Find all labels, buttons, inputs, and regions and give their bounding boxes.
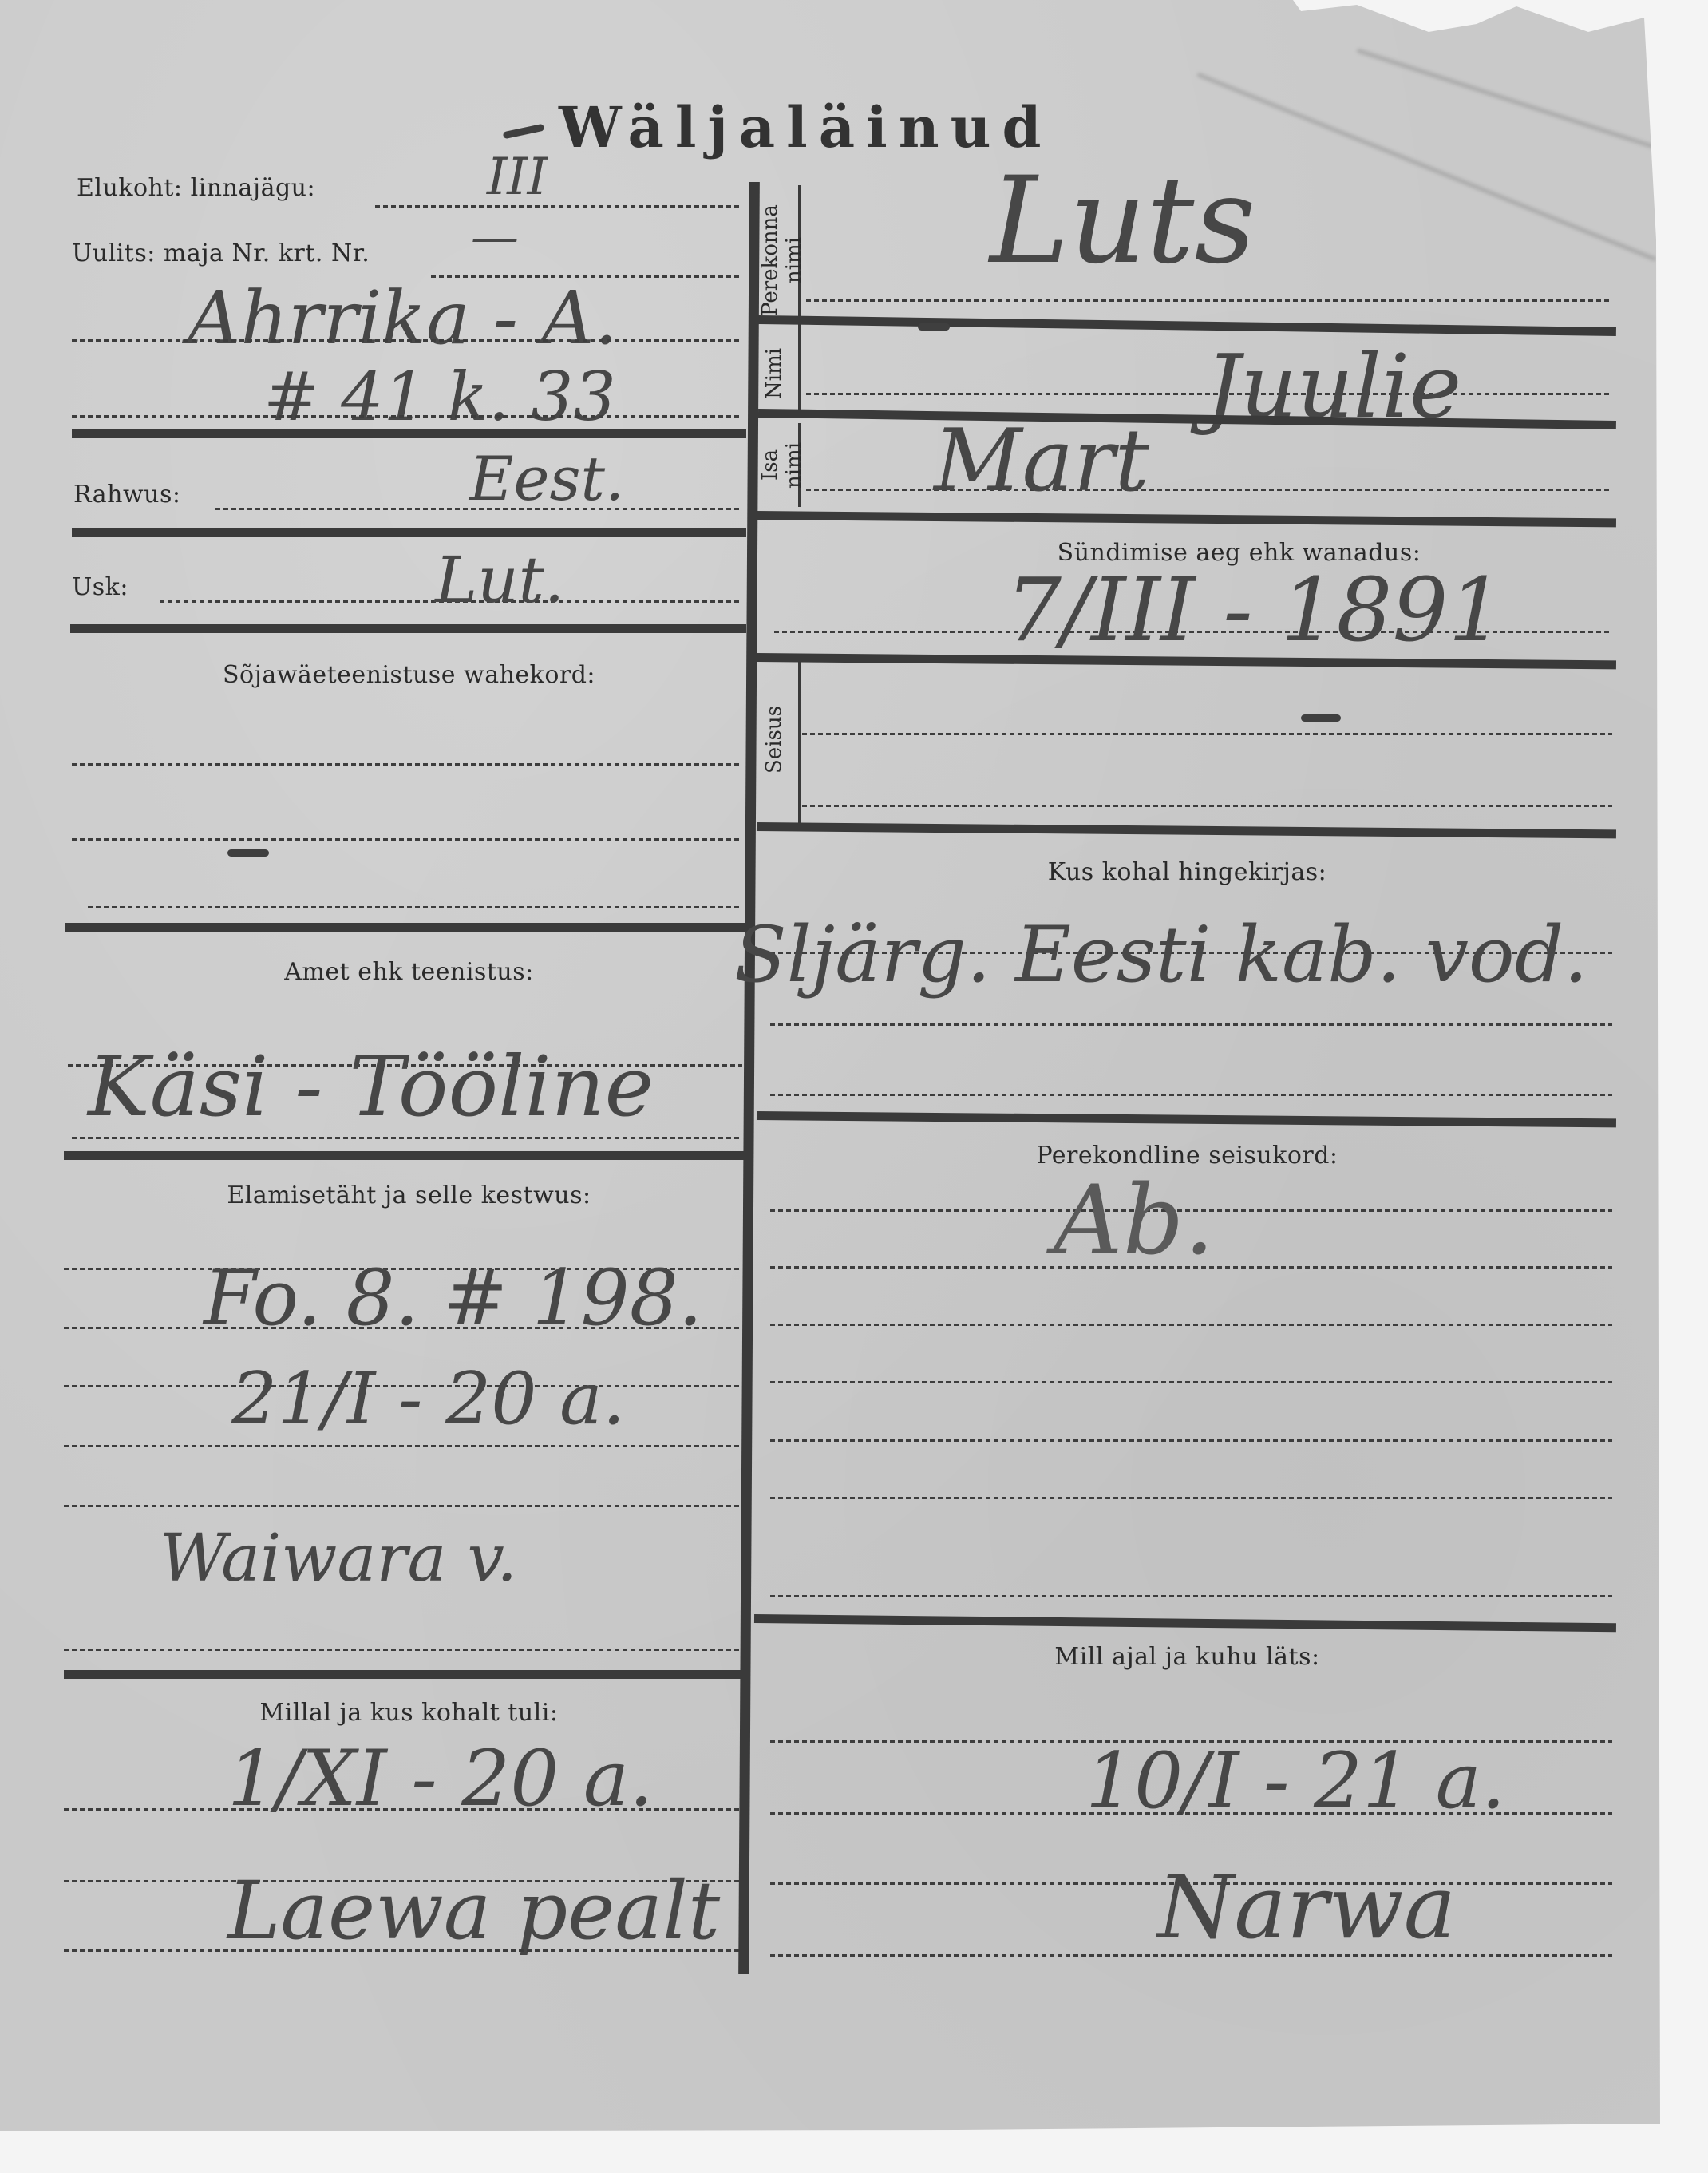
elamisetaht-line-6: [64, 1649, 742, 1651]
sojavae-value-dash: [227, 849, 269, 857]
seisus-label: Seisus: [762, 656, 802, 824]
seisus-value-dash: [1301, 714, 1341, 722]
rahwus-label: Rahwus:: [73, 481, 181, 509]
perekonnanimi-line: [806, 299, 1612, 302]
isanimi-line: [806, 489, 1612, 491]
millal-tuli-place-value: Laewa pealt: [227, 1864, 720, 1957]
sojavae-line-1: [72, 763, 742, 766]
sundimise-value: 7/III - 1891: [1006, 559, 1504, 661]
seisus-line-1: [802, 733, 1612, 735]
uulits-line-2: [72, 339, 742, 342]
paper-crease: [1196, 72, 1657, 262]
perekondline-line-7: [770, 1595, 1612, 1597]
perekondline-line-4: [770, 1381, 1612, 1383]
usk-value: Lut.: [435, 543, 564, 617]
form-title: Wäljaläinud: [559, 94, 1052, 160]
rule: [758, 409, 1616, 429]
isanimi-value: Mart: [934, 411, 1149, 511]
millal-lats-line-4: [770, 1954, 1612, 1957]
amet-label: Amet ehk teenistus:: [72, 958, 746, 986]
perekondline-line-5: [770, 1439, 1612, 1442]
millal-lats-line-2: [770, 1812, 1612, 1815]
rule: [72, 429, 746, 438]
sojavae-label: Sõjawäeteenistuse wahekord:: [72, 661, 746, 689]
hingekirjas-line-2: [770, 1023, 1612, 1026]
elamisetaht-number-value: Fo. 8. # 198.: [204, 1253, 702, 1343]
millal-tuli-line-3: [64, 1949, 742, 1952]
rahwus-value: Eest.: [469, 443, 624, 514]
amet-value: Käsi - Tööline: [88, 1038, 654, 1135]
elamisetaht-place-value: Waiwara v.: [160, 1521, 517, 1597]
rule: [65, 923, 746, 932]
rule: [758, 315, 1616, 336]
millal-tuli-date-value: 1/XI - 20 a.: [227, 1734, 654, 1823]
title-dash-mark: [503, 124, 545, 140]
isanimi-label: Isa nimi: [758, 423, 806, 507]
elukoht-value: III: [487, 148, 548, 207]
hingekirjas-value: Sljärg. Eesti kab. vod.: [734, 910, 1588, 999]
elamisetaht-label: Elamisetäht ja selle kestwus:: [72, 1181, 746, 1209]
hingekirjas-line-3: [770, 1094, 1612, 1096]
elamisetaht-line-2: [64, 1327, 742, 1329]
perekonnanimi-label: Perekonna nimi: [758, 185, 806, 335]
form-paper: Wäljaläinud Elukoht: linnajägu: III Uuli…: [0, 0, 1660, 2131]
uulits-dash: —: [471, 209, 519, 265]
paper-crease: [1356, 48, 1676, 156]
nimi-label: Nimi: [762, 334, 802, 414]
perekondline-line-3: [770, 1324, 1612, 1326]
millal-tuli-label: Millal ja kus kohalt tuli:: [72, 1699, 746, 1727]
rule: [64, 1670, 746, 1679]
perekonnanimi-value: Luts: [990, 152, 1255, 291]
rule: [70, 624, 746, 633]
uulits-label: Uulits: maja Nr. krt. Nr.: [72, 239, 370, 267]
perekondline-line-6: [770, 1497, 1612, 1499]
elukoht-label: Elukoht: linnajägu:: [77, 174, 315, 202]
rule: [72, 528, 746, 537]
elamisetaht-line-5: [64, 1505, 742, 1507]
rule: [757, 822, 1616, 838]
rule: [64, 1151, 746, 1160]
uulits-street-value: Ahrrika - A.: [188, 275, 618, 361]
perekondline-value: Ab.: [1054, 1166, 1215, 1276]
elamisetaht-line-4: [64, 1445, 742, 1447]
elamisetaht-date-value: 21/I - 20 a.: [231, 1357, 625, 1441]
rule: [757, 511, 1616, 527]
seisus-line-2: [802, 805, 1612, 807]
uulits-house-value: # 41 k. 33: [263, 358, 616, 436]
rule: [754, 1614, 1616, 1632]
uulits-line-3: [72, 415, 742, 418]
millal-lats-place-value: Narwa: [1157, 1856, 1456, 1958]
amet-line-2: [72, 1137, 742, 1139]
sojavae-line-2: [72, 838, 742, 841]
hingekirjas-label: Kus kohal hingekirjas:: [758, 858, 1616, 886]
elukoht-line: [375, 205, 742, 208]
usk-label: Usk:: [72, 573, 128, 601]
sojavae-line-3: [88, 906, 742, 908]
millal-lats-label: Mill ajal ja kuhu läts:: [758, 1643, 1616, 1671]
nimi-dash-mark: [918, 323, 950, 331]
perekondline-line-2: [770, 1266, 1612, 1269]
rule: [757, 1111, 1616, 1127]
